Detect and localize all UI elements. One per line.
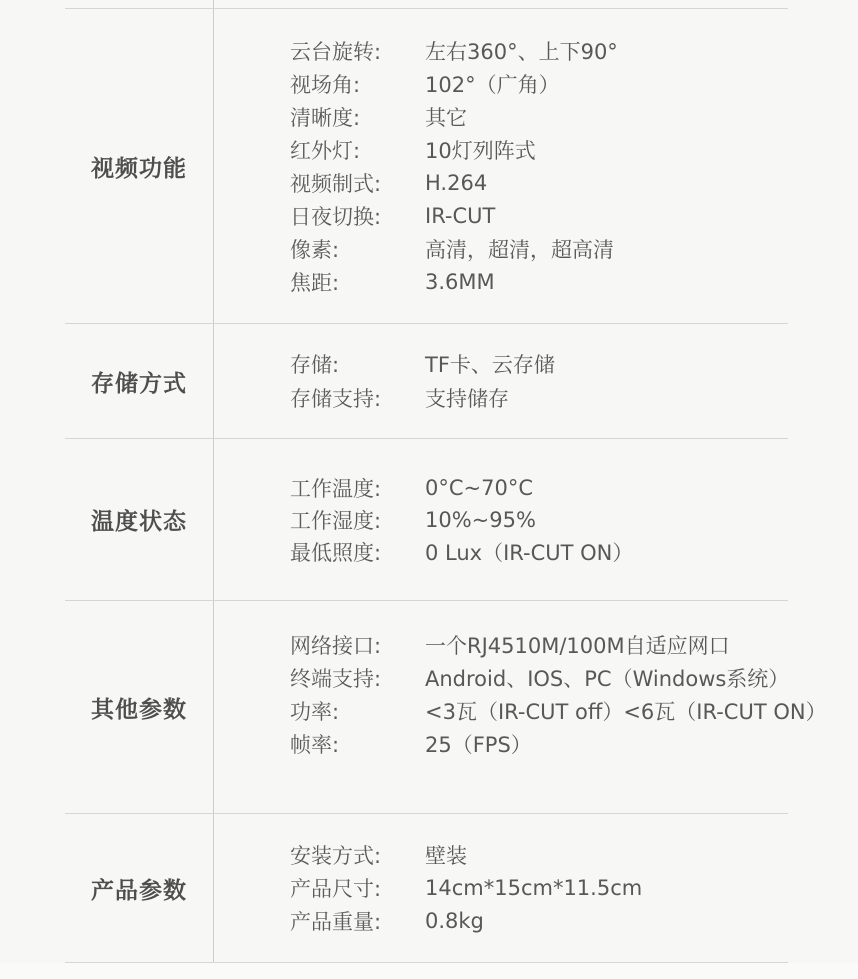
spec-section-2: 温度状态工作温度:0°C~70°C工作湿度:10%~95%最低照度:0 Lux（… [65,439,788,601]
spec-value: 3.6MM [425,270,495,294]
spec-label: 焦距: [290,267,425,297]
footer-strip [0,963,858,979]
category-label: 其他参数 [91,691,187,724]
spec-value: 0°C~70°C [425,476,533,500]
spec-row: 像素:高清，超清，超高清 [290,232,788,265]
spec-value: 10灯列阵式 [425,135,536,165]
spec-label: 存储: [290,349,425,379]
spec-value: 0.8kg [425,909,484,933]
rows-cell: 网络接口:一个RJ4510M/100M自适应网口终端支持:Android、IOS… [213,601,827,813]
spec-label: 像素: [290,234,425,264]
spec-label: 存储支持: [290,383,425,413]
spec-label: 帧率: [290,729,425,759]
spec-value: TF卡、云存储 [425,349,555,379]
category-cell: 产品参数 [65,814,213,962]
spec-section-0: 视频功能云台旋转:左右360°、上下90°视场角:102°（广角）清晰度:其它红… [65,9,788,324]
category-cell: 温度状态 [65,439,213,600]
spec-label: 视场角: [290,69,425,99]
spec-row: 红外灯:10灯列阵式 [290,133,788,166]
spec-label: 云台旋转: [290,36,425,66]
spec-table: 视频功能云台旋转:左右360°、上下90°视场角:102°（广角）清晰度:其它红… [65,8,788,963]
spec-value: 支持储存 [425,383,509,413]
spec-value: 102°（广角） [425,69,560,99]
spec-value: Android、IOS、PC（Windows系统） [425,663,789,693]
category-label: 产品参数 [91,872,187,905]
spec-value: 10%~95% [425,508,536,532]
rows-cell: 云台旋转:左右360°、上下90°视场角:102°（广角）清晰度:其它红外灯:1… [213,9,788,323]
rows-cell: 工作温度:0°C~70°C工作湿度:10%~95%最低照度:0 Lux（IR-C… [213,439,788,600]
spec-value: 其它 [425,102,467,132]
spec-section-4: 产品参数安装方式:壁装产品尺寸:14cm*15cm*11.5cm产品重量:0.8… [65,814,788,963]
category-label: 温度状态 [91,503,187,536]
spec-label: 日夜切换: [290,201,425,231]
spec-label: 安装方式: [290,840,425,870]
spec-label: 工作湿度: [290,505,425,535]
spec-value: <3瓦（IR-CUT off）<6瓦（IR-CUT ON） [425,696,827,726]
spec-row: 云台旋转:左右360°、上下90° [290,34,788,67]
spec-value: 一个RJ4510M/100M自适应网口 [425,630,730,660]
spec-value: 壁装 [425,840,467,870]
spec-section-1: 存储方式存储:TF卡、云存储存储支持:支持储存 [65,324,788,439]
spec-label: 清晰度: [290,102,425,132]
product-spec-sheet: 视频功能云台旋转:左右360°、上下90°视场角:102°（广角）清晰度:其它红… [0,0,858,979]
rows-cell: 安装方式:壁装产品尺寸:14cm*15cm*11.5cm产品重量:0.8kg [213,814,788,962]
spec-value: 14cm*15cm*11.5cm [425,876,642,900]
spec-row: 存储支持:支持储存 [290,381,788,415]
category-cell: 视频功能 [65,9,213,323]
spec-row: 工作湿度:10%~95% [290,504,788,536]
spec-label: 产品尺寸: [290,873,425,903]
rows-cell: 存储:TF卡、云存储存储支持:支持储存 [213,324,788,438]
spec-row: 视场角:102°（广角） [290,67,788,100]
category-cell: 存储方式 [65,324,213,438]
category-label: 视频功能 [91,150,187,183]
spec-value: 0 Lux（IR-CUT ON） [425,537,633,567]
spec-label: 最低照度: [290,537,425,567]
spec-row: 清晰度:其它 [290,100,788,133]
spec-label: 工作温度: [290,473,425,503]
spec-label: 网络接口: [290,630,425,660]
spec-value: H.264 [425,171,487,195]
spec-row: 日夜切换:IR-CUT [290,199,788,232]
spec-value: 高清，超清，超高清 [425,234,614,264]
spec-label: 功率: [290,696,425,726]
spec-row: 安装方式:壁装 [290,839,788,872]
spec-row: 存储:TF卡、云存储 [290,347,788,381]
spec-row: 网络接口:一个RJ4510M/100M自适应网口 [290,628,827,661]
spec-label: 红外灯: [290,135,425,165]
spec-section-3: 其他参数网络接口:一个RJ4510M/100M自适应网口终端支持:Android… [65,601,788,814]
category-label: 存储方式 [91,365,187,398]
spec-value: IR-CUT [425,204,495,228]
spec-row: 功率:<3瓦（IR-CUT off）<6瓦（IR-CUT ON） [290,694,827,727]
spec-row: 帧率:25（FPS） [290,727,827,760]
spec-label: 终端支持: [290,663,425,693]
spec-row: 视频制式:H.264 [290,166,788,199]
spec-label: 产品重量: [290,906,425,936]
spec-row: 最低照度:0 Lux（IR-CUT ON） [290,536,788,568]
spec-label: 视频制式: [290,168,425,198]
spec-row: 产品重量:0.8kg [290,905,788,938]
spec-value: 左右360°、上下90° [425,36,618,66]
spec-row: 产品尺寸:14cm*15cm*11.5cm [290,872,788,905]
spec-value: 25（FPS） [425,729,532,759]
spec-row: 工作温度:0°C~70°C [290,472,788,504]
category-cell: 其他参数 [65,601,213,813]
spec-row: 焦距:3.6MM [290,265,788,298]
spec-row: 终端支持:Android、IOS、PC（Windows系统） [290,661,827,694]
